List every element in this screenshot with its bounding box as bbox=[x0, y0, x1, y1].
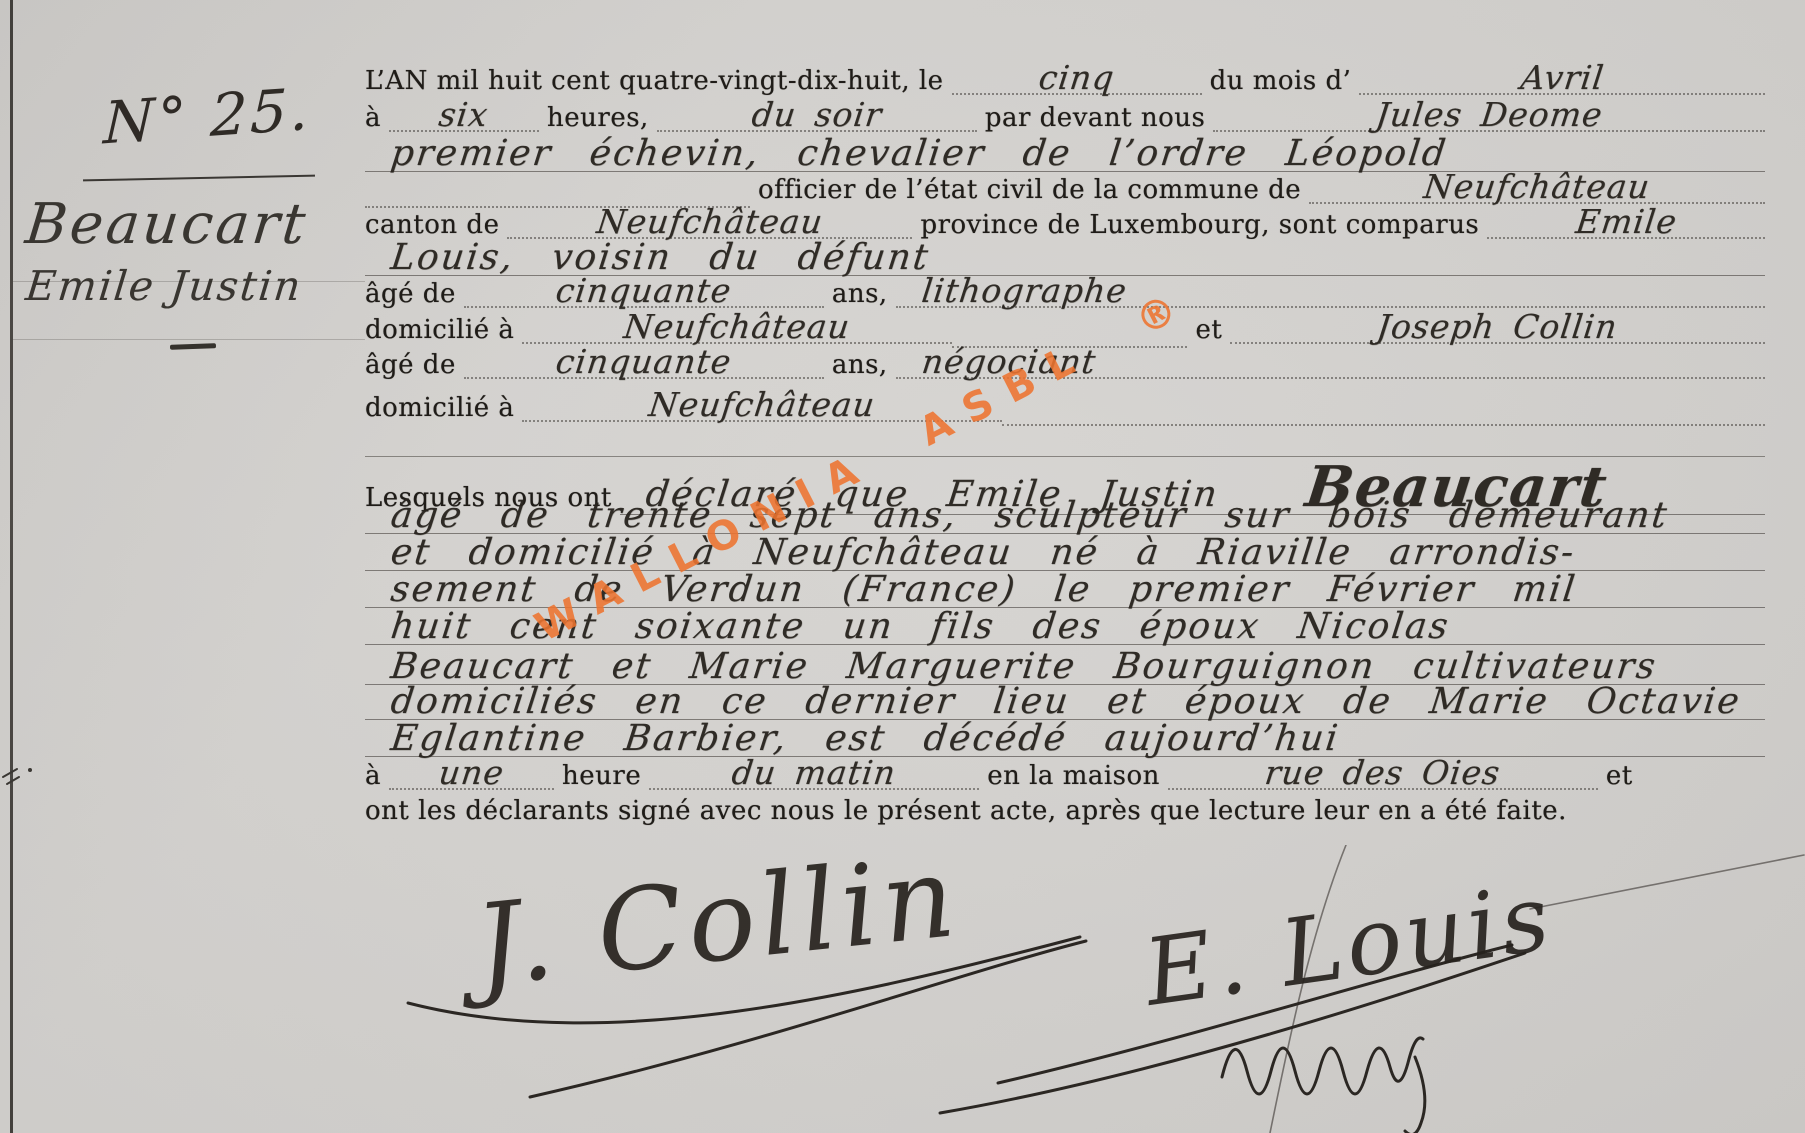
witness2-age-field: cinquante bbox=[464, 346, 824, 379]
handwritten-day: cinq bbox=[1037, 62, 1116, 93]
period-field: du soir bbox=[657, 99, 977, 132]
handwritten-death-hour: une bbox=[437, 757, 506, 788]
handwritten-declaration-line: et domicilié à Neufchâteau né à Riaville… bbox=[389, 536, 1578, 570]
signatures-area: J. Collin E. Louis bbox=[380, 845, 1805, 1133]
declaration-line-field: Eglantine Barbier, est décédé aujourd’hu… bbox=[365, 722, 1765, 757]
margin-divider-line bbox=[83, 175, 315, 182]
witness2-profession-field: négociant bbox=[896, 346, 1765, 379]
blank-dotted-line bbox=[1002, 424, 1765, 426]
handwritten-declaration-line: Eglantine Barbier, est décédé aujourd’hu… bbox=[389, 722, 1341, 756]
handwritten-witness1-domicile: Neufchâteau bbox=[623, 311, 853, 342]
printed-before-us: par devant nous bbox=[977, 103, 1214, 133]
officer-name-field: Jules Deome bbox=[1213, 99, 1765, 132]
commune-field: Neufchâteau bbox=[1309, 171, 1765, 204]
handwritten-witness2-domicile: Neufchâteau bbox=[648, 389, 878, 420]
row-witness2-domicile: domicilié à Neufchâteau bbox=[365, 389, 1765, 433]
ink-mark-strokes bbox=[3, 769, 19, 784]
printed-in-house: en la maison bbox=[979, 761, 1168, 791]
declaration-line-field: huit cent soixante un fils des époux Nic… bbox=[365, 610, 1765, 645]
printed-and-label: et bbox=[1187, 315, 1230, 345]
declaration-line-field: âgé de trente sept ans, sculpteur sur bo… bbox=[365, 499, 1765, 534]
handwritten-officer-titles: premier échevin, chevalier de l’ordre Lé… bbox=[389, 137, 1449, 171]
death-period-field: du matin bbox=[649, 757, 979, 790]
row-witness2-age: âgé de cinquante ans, négociant bbox=[365, 346, 1765, 390]
declaration-line-field: Beaucart et Marie Marguerite Bourguignon… bbox=[365, 650, 1765, 685]
witness1-profession-field: lithographe bbox=[896, 275, 1765, 308]
witness2-domicile-field: Neufchâteau bbox=[522, 389, 1002, 422]
declaration-line-field: sement de Verdun (France) le premier Fév… bbox=[365, 573, 1765, 608]
witness1-age-field: cinquante bbox=[464, 275, 824, 308]
edge-ink-mark bbox=[0, 755, 44, 795]
officer-paraph-tail bbox=[1405, 1057, 1425, 1133]
printed-hours: heures, bbox=[539, 103, 657, 133]
signature-collin: J. Collin bbox=[450, 845, 965, 1014]
printed-closing-sentence: ont les déclarants signé avec nous le pr… bbox=[365, 796, 1575, 826]
handwritten-declaration-line: Beaucart et Marie Marguerite Bourguignon… bbox=[389, 650, 1659, 684]
printed-province: province de Luxembourg, sont comparus bbox=[912, 210, 1487, 240]
handwritten-death-period: du matin bbox=[730, 757, 898, 788]
canton-field: Neufchâteau bbox=[507, 206, 912, 239]
handwritten-declaration-line: domiciliés en ce dernier lieu et époux d… bbox=[389, 685, 1743, 719]
handwritten-declaration-line: huit cent soixante un fils des époux Nic… bbox=[389, 610, 1452, 644]
printed-civil-officer: officier de l’état civil de la commune d… bbox=[750, 175, 1309, 205]
day-field: cinq bbox=[952, 62, 1202, 95]
printed-and-label: et bbox=[1598, 761, 1641, 791]
printed-years-label: ans, bbox=[824, 279, 896, 309]
death-certificate-scan: N° 25. Beaucart Emile Justin L’AN mil hu… bbox=[0, 0, 1805, 1133]
handwritten-officer-name: Jules Deome bbox=[1374, 99, 1605, 130]
handwritten-commune: Neufchâteau bbox=[1422, 171, 1652, 202]
deceased-firstnames-margin: Emile Justin bbox=[23, 262, 304, 310]
row-death-time: à une heure du matin en la maison rue de… bbox=[365, 757, 1765, 801]
handwritten-month: Avril bbox=[1519, 62, 1606, 93]
witness1-domicile-field: Neufchâteau bbox=[522, 311, 952, 344]
handwritten-witness1-firstname: Emile bbox=[1574, 206, 1679, 237]
printed-at: à bbox=[365, 761, 389, 791]
death-hour-field: une bbox=[389, 757, 554, 790]
witness2-name-field: Joseph Collin bbox=[1230, 311, 1765, 344]
pen-stroke-topright bbox=[1530, 855, 1804, 909]
month-field: Avril bbox=[1359, 62, 1765, 95]
handwritten-declaration-line: âgé de trente sept ans, sculpteur sur bo… bbox=[389, 499, 1671, 533]
hour-field: six bbox=[389, 99, 539, 132]
handwritten-hour: six bbox=[438, 99, 491, 130]
printed-domiciled-label: domicilié à bbox=[365, 393, 522, 423]
printed-aged-label: âgé de bbox=[365, 350, 464, 380]
witness1-firstname-field: Emile bbox=[1487, 206, 1765, 239]
printed-aged-label: âgé de bbox=[365, 279, 464, 309]
officer-paraph-squiggle bbox=[1222, 1038, 1423, 1094]
ink-mark-dot bbox=[28, 768, 32, 772]
row-closing: ont les déclarants signé avec nous le pr… bbox=[365, 796, 1765, 840]
signature-louis: E. Louis bbox=[1136, 864, 1559, 1027]
handwritten-declaration-line: sement de Verdun (France) le premier Fév… bbox=[389, 573, 1579, 607]
declaration-line-field: et domicilié à Neufchâteau né à Riaville… bbox=[365, 536, 1765, 571]
printed-year-text: L’AN mil huit cent quatre-vingt-dix-huit… bbox=[365, 66, 952, 96]
printed-domiciled-label: domicilié à bbox=[365, 315, 522, 345]
printed-hour-label: heure bbox=[554, 761, 649, 791]
margin-rule-line bbox=[13, 339, 365, 340]
printed-month-label: du mois d’ bbox=[1202, 66, 1360, 96]
handwritten-death-location: rue des Oies bbox=[1263, 757, 1502, 788]
declaration-line-field: domiciliés en ce dernier lieu et époux d… bbox=[365, 685, 1765, 720]
margin-end-dash bbox=[170, 343, 216, 350]
handwritten-period: du soir bbox=[750, 99, 884, 130]
act-number: N° 25. bbox=[94, 74, 321, 158]
death-location-field: rue des Oies bbox=[1168, 757, 1598, 790]
binding-edge-line bbox=[10, 0, 13, 1133]
handwritten-witness2-profession: négociant bbox=[920, 346, 1098, 377]
handwritten-canton: Neufchâteau bbox=[595, 206, 825, 237]
handwritten-witness2-name: Joseph Collin bbox=[1375, 311, 1619, 342]
handwritten-witness1-profession: lithographe bbox=[920, 275, 1129, 306]
handwritten-witness1-age: cinquante bbox=[554, 275, 733, 306]
printed-years-label: ans, bbox=[824, 350, 896, 380]
printed-canton-label: canton de bbox=[365, 210, 507, 240]
handwritten-witness2-age: cinquante bbox=[554, 346, 733, 377]
printed-at: à bbox=[365, 103, 389, 133]
deceased-surname-margin: Beaucart bbox=[23, 192, 312, 257]
